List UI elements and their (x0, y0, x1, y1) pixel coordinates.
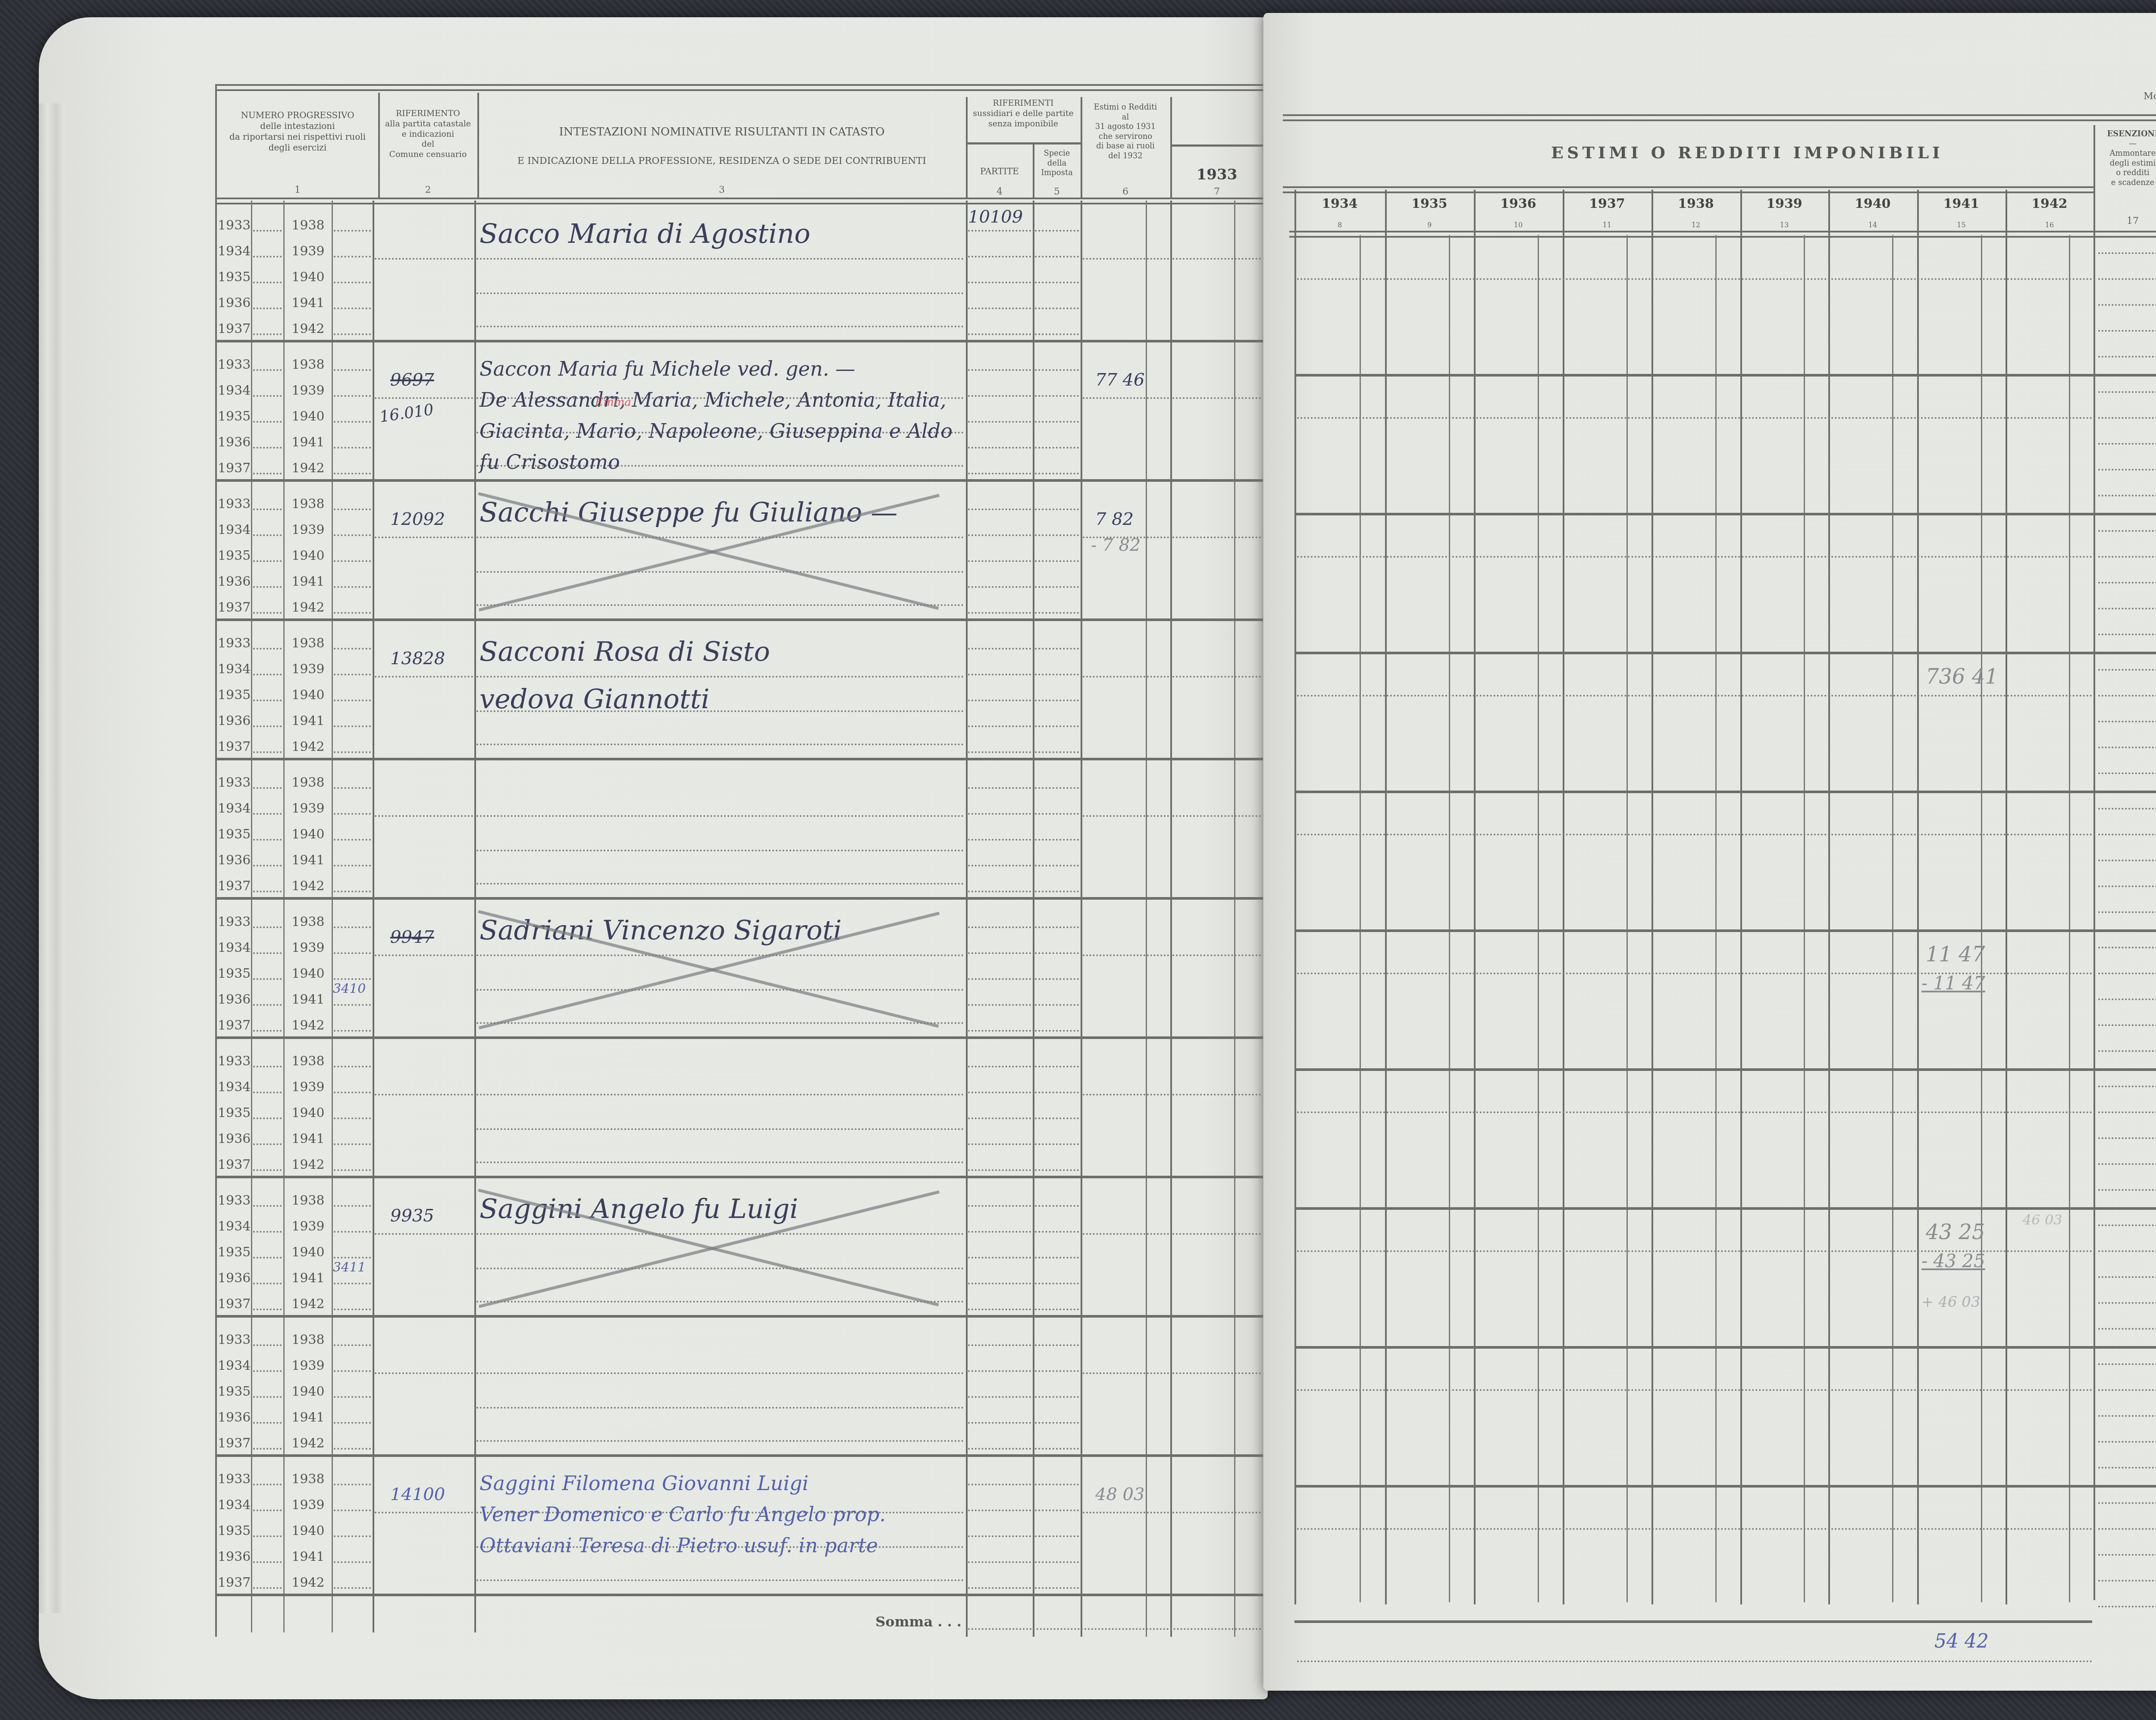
year-label: 1933 (218, 1472, 250, 1487)
dotted-fill (1035, 1117, 1079, 1119)
year-label: 1942 (285, 1296, 331, 1312)
year-label: 1941 (285, 853, 331, 868)
dotted-fill (334, 1004, 371, 1006)
dotted-fill (968, 1587, 1031, 1589)
dotted-fill (968, 1092, 1031, 1093)
esenzioni-fill (2098, 495, 2156, 496)
dotted-fill (1035, 421, 1079, 423)
dotted-fill (968, 648, 1031, 650)
esenzioni-fill (2098, 1224, 2156, 1226)
year-label: 1936 (218, 713, 250, 728)
esenzioni-fill (2098, 1606, 2156, 1607)
name-line (476, 850, 964, 851)
dotted-fill (334, 230, 371, 232)
dotted-fill (334, 839, 371, 841)
year-header-1935: 1935 (1385, 196, 1474, 211)
esenzioni-fill (2098, 1415, 2156, 1417)
dotted-fill (334, 1309, 371, 1310)
year-label: 1941 (285, 713, 331, 728)
year-label: 1941 (285, 435, 331, 450)
right-dotted-fill (1297, 1111, 2093, 1113)
partita-reference: 13828 (390, 649, 445, 669)
dotted-fill (253, 421, 282, 423)
dotted-fill (253, 1448, 282, 1450)
partita-reference: 14100 (390, 1485, 445, 1504)
dotted-fill (968, 1205, 1031, 1207)
dotted-fill (253, 1231, 282, 1233)
cents-divider (1360, 235, 1361, 1602)
year-label: 1942 (285, 1018, 331, 1033)
year-header-1938: 1938 (1651, 196, 1740, 211)
esenzioni-divider (2093, 125, 2095, 1600)
dotted-fill (334, 1169, 371, 1171)
year-header-1941: 1941 (1917, 196, 2006, 211)
dotted-fill (334, 333, 371, 335)
esenzioni-fill (2098, 252, 2156, 254)
dotted-fill (334, 421, 371, 423)
dotted-fill (1172, 676, 1261, 678)
dotted-fill (1035, 473, 1079, 474)
side-reference: 3411 (333, 1260, 366, 1275)
dotted-fill (1035, 586, 1079, 588)
taxpayer-name-line: fu Crisostomo (479, 450, 620, 474)
dotted-fill (968, 1422, 1031, 1424)
year-label: 1936 (218, 295, 250, 311)
year-label: 1942 (285, 1157, 331, 1172)
dotted-fill (968, 1066, 1031, 1067)
year-label: 1934 (218, 383, 250, 398)
dotted-fill (253, 751, 282, 753)
col4-header: PARTITE (967, 166, 1032, 177)
name-line (476, 1128, 964, 1130)
esenzioni-fill (2098, 747, 2156, 748)
year-label: 1940 (285, 687, 331, 703)
year-label: 1938 (285, 357, 331, 372)
right-block-separator (1294, 513, 2156, 515)
year-label: 1936 (218, 574, 250, 589)
col2-number: 2 (379, 185, 476, 195)
year-label: 1935 (218, 1384, 250, 1399)
dotted-fill (1083, 954, 1169, 956)
year-header-1934: 1934 (1294, 196, 1385, 211)
year-header-1936: 1936 (1474, 196, 1563, 211)
esenzioni-fill (2098, 1086, 2156, 1087)
dotted-fill (334, 1205, 371, 1207)
dotted-fill (253, 1561, 282, 1563)
year-label: 1936 (218, 435, 250, 450)
name-line (476, 1233, 964, 1235)
taxpayer-name-line: Ottaviani Teresa di Pietro usuf. in part… (479, 1534, 878, 1557)
dotted-fill (253, 813, 282, 815)
block-separator (215, 897, 1263, 900)
year-label: 1933 (218, 357, 250, 372)
partite-value: 10109 (968, 207, 1023, 227)
dotted-fill (253, 1004, 282, 1006)
esenzioni-fill (2098, 417, 2156, 419)
dotted-fill (968, 1004, 1031, 1006)
col6-number: 6 (1081, 186, 1169, 197)
esenzioni-fill (2098, 1024, 2156, 1026)
dotted-fill (1035, 1004, 1079, 1006)
year-label: 1935 (218, 966, 250, 981)
year-label: 1941 (285, 295, 331, 311)
dotted-fill (1035, 308, 1079, 309)
dotted-fill (1172, 954, 1261, 956)
dotted-fill (1035, 333, 1079, 335)
year-label: 1935 (218, 1105, 250, 1121)
dotted-fill (334, 725, 371, 727)
dotted-fill (968, 333, 1031, 335)
year-label: 1934 (218, 1080, 250, 1095)
dotted-fill (1083, 1233, 1169, 1235)
year-label: 1937 (218, 739, 250, 754)
name-line (476, 258, 964, 260)
dotted-fill (253, 282, 282, 283)
name-line (476, 744, 964, 745)
dotted-fill (1035, 612, 1079, 614)
dotted-fill (375, 1512, 473, 1513)
dotted-fill (253, 1344, 282, 1346)
col3-number: 3 (479, 185, 965, 195)
right-header-bottom-rule (1289, 231, 2156, 238)
dotted-fill (968, 256, 1031, 257)
year-label: 1939 (285, 940, 331, 955)
dotted-fill (968, 952, 1031, 954)
year-label: 1934 (218, 801, 250, 816)
page-stack-edge (39, 104, 65, 1613)
year-column-divider (2006, 190, 2007, 1604)
right-dotted-fill (1297, 556, 2093, 558)
dotted-fill (1035, 1030, 1079, 1032)
table-bottom-rule (215, 1594, 1263, 1596)
year-label: 1939 (285, 1219, 331, 1234)
year-label: 1935 (218, 548, 250, 563)
dotted-fill (253, 787, 282, 789)
dotted-fill (253, 926, 282, 928)
dotted-fill (968, 369, 1031, 371)
year-label: 1942 (285, 321, 331, 336)
cents-divider (2069, 235, 2070, 1602)
dotted-fill (1035, 1510, 1079, 1511)
year-column-number: 12 (1651, 221, 1740, 229)
dotted-fill (334, 751, 371, 753)
name-line (476, 676, 964, 678)
dotted-fill (1035, 1587, 1079, 1589)
partita-reference: 9697 (390, 370, 434, 390)
estimo-1941-addition: + 46 03 (1921, 1293, 1981, 1311)
dotted-fill (253, 1422, 282, 1424)
estimo-1932-correction: - 7 82 (1091, 535, 1141, 555)
dotted-fill (334, 1510, 371, 1511)
estimo-1941-value: 11 47 (1926, 942, 1985, 967)
red-annotation: Emma (595, 396, 631, 409)
body-divider (474, 201, 476, 1632)
dotted-fill (968, 1561, 1031, 1563)
name-line (476, 1161, 964, 1163)
year-label: 1939 (285, 662, 331, 677)
right-dotted-fill (1297, 834, 2093, 835)
dotted-fill (334, 1030, 371, 1032)
dotted-fill (968, 230, 1031, 232)
esenzioni-fill (2098, 669, 2156, 671)
dotted-fill (334, 1484, 371, 1485)
year-label: 1942 (285, 879, 331, 894)
col45-header: RIFERIMENTI sussidiari e delle partite s… (967, 98, 1080, 129)
body-divider (251, 201, 252, 1632)
right-bottom-rule (1294, 1620, 2092, 1623)
dotted-fill (1083, 676, 1169, 678)
dotted-fill (1035, 1448, 1079, 1450)
dotted-fill (253, 230, 282, 232)
right-block-separator (1294, 929, 2156, 932)
cents-divider (1449, 235, 1450, 1602)
year-label: 1933 (218, 496, 250, 512)
dotted-fill (253, 508, 282, 510)
esenzioni-fill (2098, 772, 2156, 774)
dotted-fill (1035, 1066, 1079, 1067)
dotted-fill (968, 978, 1031, 980)
year-label: 1939 (285, 244, 331, 259)
dotted-fill (253, 256, 282, 257)
col5-header: Specie della Imposta (1034, 149, 1080, 178)
dotted-fill (968, 612, 1031, 614)
estimo-1932-value: 77 46 (1095, 370, 1145, 390)
year-label: 1937 (218, 1157, 250, 1172)
dotted-fill (1035, 891, 1079, 892)
year-label: 1936 (218, 1131, 250, 1146)
dotted-fill (1172, 1094, 1261, 1095)
dotted-fill (253, 1169, 282, 1171)
dotted-fill (968, 891, 1031, 892)
esenzioni-fill (2098, 1554, 2156, 1556)
dotted-fill (1035, 256, 1079, 257)
right-dotted-fill (1297, 278, 2093, 280)
dotted-fill (334, 447, 371, 449)
dotted-fill (334, 674, 371, 675)
dotted-fill (968, 1030, 1031, 1032)
dotted-fill (1035, 1169, 1079, 1171)
esenzioni-fill (2098, 608, 2156, 609)
year-column-number: 10 (1474, 221, 1563, 229)
year-label: 1938 (285, 1193, 331, 1208)
taxpayer-name-line: Sacchi Giuseppe fu Giuliano — (479, 496, 897, 528)
year-label: 1938 (285, 1332, 331, 1347)
dotted-fill (375, 1372, 473, 1374)
dotted-fill (253, 648, 282, 650)
dotted-fill (253, 586, 282, 588)
esenzioni-fill (2098, 582, 2156, 584)
right-dotted-fill (1297, 1389, 2093, 1391)
dotted-fill (1035, 395, 1079, 397)
body-divider (1081, 201, 1082, 1637)
dotted-fill (1035, 1283, 1079, 1284)
dotted-fill (334, 787, 371, 789)
dotted-fill (334, 473, 371, 474)
year-label: 1939 (285, 522, 331, 537)
year-column-divider (1828, 190, 1830, 1604)
block-separator (215, 479, 1263, 482)
col3-title: INTESTAZIONI NOMINATIVE RISULTANTI IN CA… (479, 125, 965, 139)
year-label: 1940 (285, 827, 331, 842)
name-line (476, 1372, 964, 1374)
right-page (1263, 13, 2156, 1691)
side-reference: 3410 (333, 981, 366, 996)
dotted-fill (1035, 1143, 1079, 1145)
year-label: 1937 (218, 461, 250, 476)
right-block-separator (1294, 1068, 2156, 1071)
dotted-fill (968, 1143, 1031, 1145)
year-label: 1936 (218, 853, 250, 868)
dotted-fill (968, 1344, 1031, 1346)
year-label: 1935 (218, 1523, 250, 1538)
col7-number: 7 (1171, 186, 1263, 197)
year-label: 1933 (218, 1193, 250, 1208)
name-line (476, 1407, 964, 1409)
dotted-fill (334, 395, 371, 397)
dotted-fill (253, 978, 282, 980)
right-block-separator (1294, 1485, 2156, 1488)
year-label: 1933 (218, 636, 250, 651)
year-label: 1933 (218, 775, 250, 790)
dotted-fill (968, 1510, 1031, 1511)
year-column-divider (1385, 190, 1387, 1604)
esenzioni-fill (2098, 834, 2156, 835)
year-label: 1934 (218, 522, 250, 537)
right-dotted-fill (1297, 417, 2093, 419)
dotted-fill (334, 1231, 371, 1233)
dotted-fill (253, 839, 282, 841)
dotted-fill (1035, 1396, 1079, 1398)
year-label: 1934 (218, 1219, 250, 1234)
year-label: 1935 (218, 270, 250, 285)
dotted-fill (253, 674, 282, 675)
dotted-fill (334, 1143, 371, 1145)
year-label: 1938 (285, 1472, 331, 1487)
esenzioni-fill (2098, 1328, 2156, 1330)
block-separator (215, 758, 1263, 760)
year-label: 1942 (285, 461, 331, 476)
dotted-fill (334, 891, 371, 892)
year-column-number: 16 (2006, 221, 2093, 229)
year-label: 1933 (218, 1332, 250, 1347)
dotted-fill (1035, 787, 1079, 789)
year-label: 1939 (285, 801, 331, 816)
dotted-fill (253, 1257, 282, 1259)
dotted-fill (253, 700, 282, 701)
taxpayer-name-line: Saccon Maria fu Michele ved. gen. — (479, 357, 855, 380)
dotted-fill (968, 787, 1031, 789)
esenzioni-fill (2098, 1163, 2156, 1165)
year-column-number: 15 (1917, 221, 2006, 229)
form-id-label: Mod. 111 - Imposte Dirette (Intercalare)… (2083, 91, 2156, 103)
name-line (476, 326, 964, 327)
taxpayer-name-line: Saggini Filomena Giovanni Luigi (479, 1472, 808, 1495)
dotted-fill (1035, 926, 1079, 928)
dotted-fill (375, 1233, 473, 1235)
taxpayer-name-line: Saggini Angelo fu Luigi (479, 1193, 798, 1224)
taxpayer-name-line: De Alessandri, Maria, Michele, Antonia, … (479, 388, 946, 411)
esenzioni-fill (2098, 304, 2156, 306)
dotted-fill (968, 813, 1031, 815)
estimo-1941-value: 43 25 (1926, 1220, 1985, 1244)
right-top-rule (1283, 114, 2156, 121)
dotted-fill (968, 1484, 1031, 1485)
year-label: 1933 (218, 914, 250, 929)
year-column-divider (1294, 190, 1296, 1604)
dotted-fill (253, 308, 282, 309)
esenzioni-fill (2098, 1111, 2156, 1113)
partita-reference: 12092 (390, 509, 445, 529)
dotted-fill (253, 1092, 282, 1093)
dotted-fill (1172, 397, 1261, 399)
year-column-number: 11 (1563, 221, 1651, 229)
year-column-number: 9 (1385, 221, 1474, 229)
esenzioni-fill (2098, 1389, 2156, 1391)
dotted-fill (334, 648, 371, 650)
dotted-fill (334, 560, 371, 562)
right-somma-line (1297, 1660, 2093, 1662)
dotted-fill (253, 1484, 282, 1485)
dotted-fill (968, 700, 1031, 701)
dotted-fill (1035, 648, 1079, 650)
esenzioni-fill (2098, 1580, 2156, 1582)
dotted-fill (334, 1448, 371, 1450)
name-line (476, 1579, 964, 1581)
dotted-fill (334, 369, 371, 371)
dotted-fill (334, 1283, 371, 1284)
dotted-fill (334, 1561, 371, 1563)
dotted-fill (968, 473, 1031, 474)
somma-line (968, 1628, 1261, 1630)
dotted-fill (1035, 1535, 1079, 1537)
dotted-fill (1035, 447, 1079, 449)
year-label: 1940 (285, 409, 331, 424)
dotted-fill (375, 397, 473, 399)
dotted-fill (968, 865, 1031, 866)
esenzioni-fill (2098, 1137, 2156, 1139)
dotted-fill (334, 1344, 371, 1346)
dotted-fill (968, 1535, 1031, 1537)
dotted-fill (253, 1283, 282, 1284)
dotted-fill (334, 1370, 371, 1372)
dotted-fill (1035, 1484, 1079, 1485)
year-label: 1939 (285, 383, 331, 398)
year-label: 1940 (285, 1523, 331, 1538)
year-header-1937: 1937 (1563, 196, 1651, 211)
estimo-1941-correction: - 43 25 (1921, 1250, 1985, 1271)
dotted-fill (334, 813, 371, 815)
dotted-fill (334, 1117, 371, 1119)
year-column-number: 13 (1740, 221, 1828, 229)
dotted-fill (1035, 839, 1079, 841)
dotted-fill (1172, 815, 1261, 817)
cents-divider (1538, 235, 1539, 1602)
dotted-fill (1083, 397, 1169, 399)
dotted-fill (968, 1283, 1031, 1284)
dotted-fill (1035, 534, 1079, 536)
dotted-fill (1035, 1231, 1079, 1233)
esenzioni-fill (2098, 634, 2156, 635)
dotted-fill (253, 1205, 282, 1207)
body-divider (1146, 201, 1147, 1637)
year-label: 1937 (218, 321, 250, 336)
estimo-1932-value: 48 03 (1095, 1485, 1145, 1504)
dotted-fill (334, 978, 371, 980)
dotted-fill (968, 282, 1031, 283)
partita-reference: 9947 (390, 927, 434, 947)
year-label: 1937 (218, 1018, 250, 1033)
year-label: 1940 (285, 548, 331, 563)
